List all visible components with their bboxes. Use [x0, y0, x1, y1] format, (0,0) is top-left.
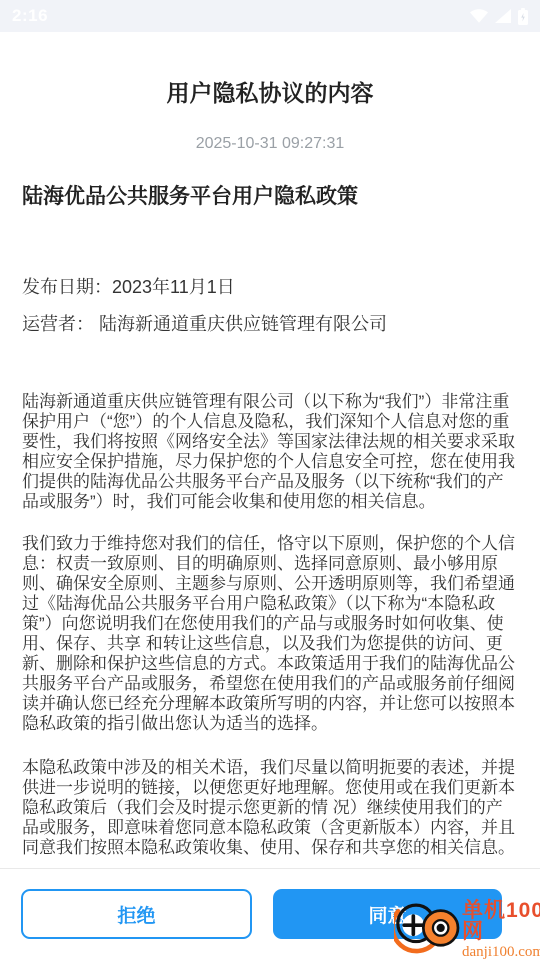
policy-heading: 陆海优品公共服务平台用户隐私政策	[22, 183, 518, 211]
site-watermark: 单机100网 danji100.com	[394, 896, 540, 960]
policy-paragraph: 陆海新通道重庆供应链管理有限公司（以下称为“我们”）非常注重保护用户（“您”）的…	[22, 392, 518, 512]
status-icons	[470, 8, 528, 25]
policy-timestamp: 2025-10-31 09:27:31	[0, 135, 540, 153]
policy-paragraph: 本隐私政策中涉及的相关术语，我们尽量以简明扼要的表述，并提供进一步说明的链接，以…	[22, 758, 518, 858]
clock: 2:16	[12, 6, 48, 26]
policy-document: 陆海优品公共服务平台用户隐私政策 发布日期：2023年11月1日 运营者： 陆海…	[0, 183, 540, 858]
operator-name: 运营者： 陆海新通道重庆供应链管理有限公司	[22, 312, 518, 336]
watermark-site-name: 单机100网	[462, 900, 540, 942]
policy-scroll-area[interactable]: 用户隐私协议的内容 2025-10-31 09:27:31 陆海优品公共服务平台…	[0, 32, 540, 868]
danji100-logo-icon	[394, 896, 460, 960]
watermark-site-url: danji100.com	[462, 945, 540, 960]
wifi-icon	[470, 9, 488, 23]
reject-button[interactable]: 拒绝	[21, 889, 252, 939]
privacy-policy-screen: 2:16 用户隐私协议的内容 2025-10-31 09:27:31 陆海优品公…	[0, 0, 540, 960]
signal-icon	[495, 9, 511, 23]
publish-date: 发布日期：2023年11月1日	[22, 275, 518, 299]
battery-icon	[518, 8, 528, 25]
watermark-text: 单机100网 danji100.com	[462, 900, 540, 960]
policy-paragraph: 我们致力于维持您对我们的信任，恪守以下原则，保护您的个人信息：权责一致原则、目的…	[22, 534, 518, 734]
page-title: 用户隐私协议的内容	[0, 78, 540, 108]
status-bar: 2:16	[0, 0, 540, 32]
